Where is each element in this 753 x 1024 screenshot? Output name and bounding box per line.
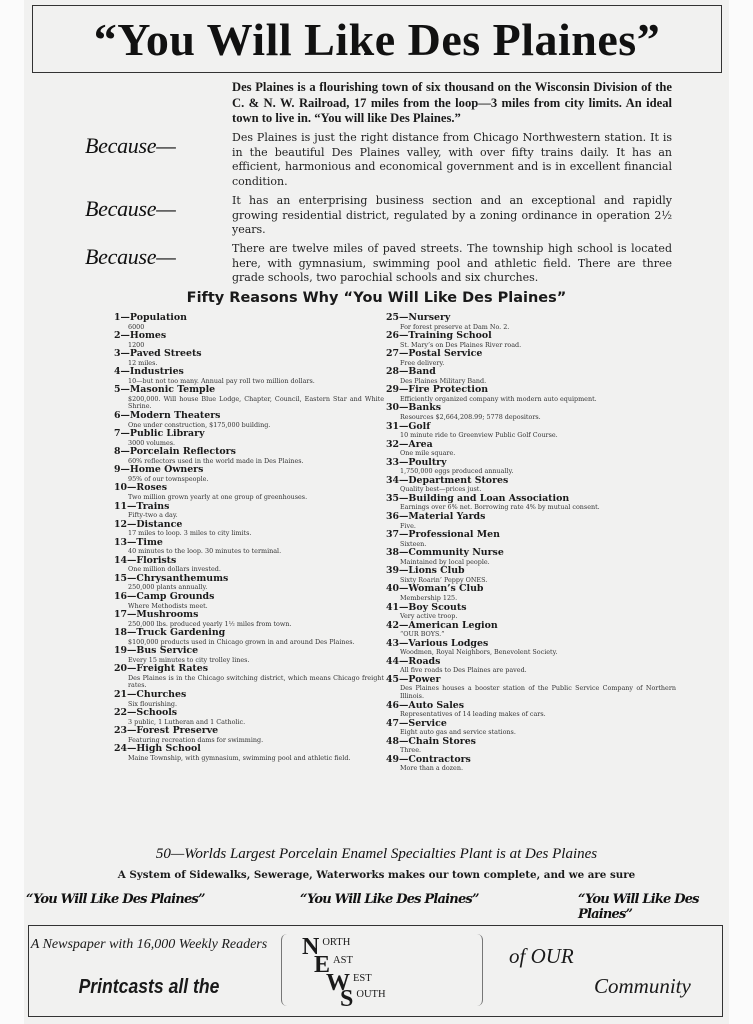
reason-item: 7—Public Library3000 volumes.: [114, 429, 384, 447]
reason-item: 45—PowerDes Plaines houses a booster sta…: [386, 675, 676, 701]
reason-title: 1—Population: [114, 313, 384, 324]
reason-description: Des Plaines is in the Chicago switching …: [114, 675, 384, 690]
reason-title: 37—Professional Men: [386, 530, 676, 541]
because-text: Des Plaines is just the right distance f…: [232, 131, 672, 189]
reason-item: 34—Department StoresQuality best—prices …: [386, 476, 676, 494]
reason-description: Des Plaines houses a booster station of …: [386, 685, 676, 700]
reason-item: 43—Various LodgesWoodmen, Royal Neighbor…: [386, 639, 676, 657]
reason-item: 20—Freight RatesDes Plaines is in the Ch…: [114, 664, 384, 690]
reason-item: 18—Truck Gardening$100,000 products used…: [114, 628, 384, 646]
ad-community: Community: [594, 974, 691, 999]
news-south: S OUTH: [340, 988, 386, 1010]
reason-item: 15—Chrysanthemums250,000 plants annually…: [114, 574, 384, 592]
reason-item: 23—Forest PreserveFeaturing recreation d…: [114, 726, 384, 744]
reason-item: 10—RosesTwo million grown yearly at one …: [114, 483, 384, 501]
because-text: It has an enterprising business section …: [232, 194, 672, 238]
reason-item: 5—Masonic Temple$200,000. Will house Blu…: [114, 385, 384, 411]
reason-item: 19—Bus ServiceEvery 15 minutes to city t…: [114, 646, 384, 664]
reason-item: 8—Porcelain Reflectors60% reflectors use…: [114, 447, 384, 465]
news-rest: EST: [353, 973, 372, 984]
because-label: Because—: [85, 244, 175, 270]
reason-item: 4—Industries10—but not too many. Annual …: [114, 367, 384, 385]
reason-title: 16—Camp Grounds: [114, 592, 384, 603]
reason-item: 37—Professional MenSixteen.: [386, 530, 676, 548]
because-text: There are twelve miles of paved streets.…: [232, 242, 672, 286]
reason-item: 42—American Legion“OUR BOYS.”: [386, 621, 676, 639]
reason-item: 16—Camp GroundsWhere Methodists meet.: [114, 592, 384, 610]
reason-item: 14—FloristsOne million dollars invested.: [114, 556, 384, 574]
reason-item: 2—Homes1200: [114, 331, 384, 349]
reason-item: 9—Home Owners95% of our townspeople.: [114, 465, 384, 483]
because-label: Because—: [85, 196, 175, 222]
system-line: A System of Sidewalks, Sewerage, Waterwo…: [0, 869, 753, 881]
reason-item: 32—AreaOne mile square.: [386, 440, 676, 458]
reasons-left-column: 1—Population60002—Homes12003—Paved Stree…: [114, 313, 384, 762]
reason-item: 6—Modern TheatersOne under construction,…: [114, 411, 384, 429]
reason-item: 49—ContractorsMore than a dozen.: [386, 755, 676, 773]
intro-paragraph: Des Plaines is a flourishing town of six…: [232, 80, 672, 127]
reason-item: 30—BanksResources $2,664,208.99; 5778 de…: [386, 403, 676, 421]
reason-item: 22—Schools3 public, 1 Lutheran and 1 Cat…: [114, 708, 384, 726]
reason-item: 48—Chain StoresThree.: [386, 737, 676, 755]
slogan-left: “You Will Like Des Plaines”: [26, 892, 205, 907]
ad-printcasts: Printcasts all the: [43, 976, 254, 999]
reason-item: 11—TrainsFifty-two a day.: [114, 502, 384, 520]
reason-title: 25—Nursery: [386, 313, 676, 324]
reason-fifty: 50—Worlds Largest Porcelain Enamel Speci…: [0, 846, 753, 863]
reason-item: 12—Distance17 miles to loop. 3 miles to …: [114, 520, 384, 538]
news-initial: S: [340, 988, 353, 1010]
reason-item: 28—BandDes Plaines Military Band.: [386, 367, 676, 385]
reason-item: 39—Lions ClubSixty Roarin’ Peppy ONES.: [386, 566, 676, 584]
page-title: “You Will Like Des Plaines”: [94, 13, 660, 66]
reason-title: 21—Churches: [114, 690, 384, 701]
because-label: Because—: [85, 133, 175, 159]
reason-item: 35—Building and Loan AssociationEarnings…: [386, 494, 676, 512]
reason-item: 41—Boy ScoutsVery active troop.: [386, 603, 676, 621]
reason-item: 36—Material YardsFive.: [386, 512, 676, 530]
reason-item: 40—Woman’s ClubMembership 125.: [386, 584, 676, 602]
reason-item: 31—Golf10 minute ride to Greenview Publi…: [386, 422, 676, 440]
reason-item: 1—Population6000: [114, 313, 384, 331]
reason-title: 36—Material Yards: [386, 512, 676, 523]
reason-description: $200,000. Will house Blue Lodge, Chapter…: [114, 396, 384, 411]
reason-item: 44—RoadsAll five roads to Des Plaines ar…: [386, 657, 676, 675]
reason-item: 29—Fire ProtectionEfficiently organized …: [386, 385, 676, 403]
news-rest: AST: [333, 955, 353, 966]
reason-title: 48—Chain Stores: [386, 737, 676, 748]
reason-description: More than a dozen.: [386, 765, 676, 773]
newspaper-ad-box: A Newspaper with 16,000 Weekly Readers P…: [28, 925, 723, 1017]
reason-title: 6—Modern Theaters: [114, 411, 384, 422]
reason-item: 3—Paved Streets12 miles.: [114, 349, 384, 367]
reason-item: 46—Auto SalesRepresentatives of 14 leadi…: [386, 701, 676, 719]
title-box: “You Will Like Des Plaines”: [32, 5, 722, 73]
reason-item: 21—ChurchesSix flourishing.: [114, 690, 384, 708]
news-rest: OUTH: [356, 989, 385, 1000]
reason-item: 33—Poultry1,750,000 eggs produced annual…: [386, 458, 676, 476]
reason-item: 26—Training SchoolSt. Mary’s on Des Plai…: [386, 331, 676, 349]
news-rest: ORTH: [322, 937, 350, 948]
reason-item: 17—Mushrooms250,000 lbs. produced yearly…: [114, 610, 384, 628]
reason-item: 47—ServiceEight auto gas and service sta…: [386, 719, 676, 737]
ad-of-our: of OUR: [509, 944, 574, 969]
slogan-center: “You Will Like Des Plaines”: [300, 892, 479, 907]
reason-item: 13—Time40 minutes to the loop. 30 minute…: [114, 538, 384, 556]
news-acrostic: N ORTH E AST W EST S OUTH: [281, 934, 483, 1006]
reason-item: 25—NurseryFor forest preserve at Dam No.…: [386, 313, 676, 331]
reason-item: 38—Community NurseMaintained by local pe…: [386, 548, 676, 566]
reason-description: Maine Township, with gymnasium, swimming…: [114, 755, 384, 763]
reasons-heading: Fifty Reasons Why “You Will Like Des Pla…: [0, 290, 753, 306]
reason-item: 24—High SchoolMaine Township, with gymna…: [114, 744, 384, 762]
reason-item: 27—Postal ServiceFree delivery.: [386, 349, 676, 367]
reason-title: 2—Homes: [114, 331, 384, 342]
ad-readership: A Newspaper with 16,000 Weekly Readers: [29, 936, 269, 953]
reasons-right-column: 25—NurseryFor forest preserve at Dam No.…: [386, 313, 676, 773]
slogan-right: “You Will Like Des Plaines”: [578, 892, 753, 922]
